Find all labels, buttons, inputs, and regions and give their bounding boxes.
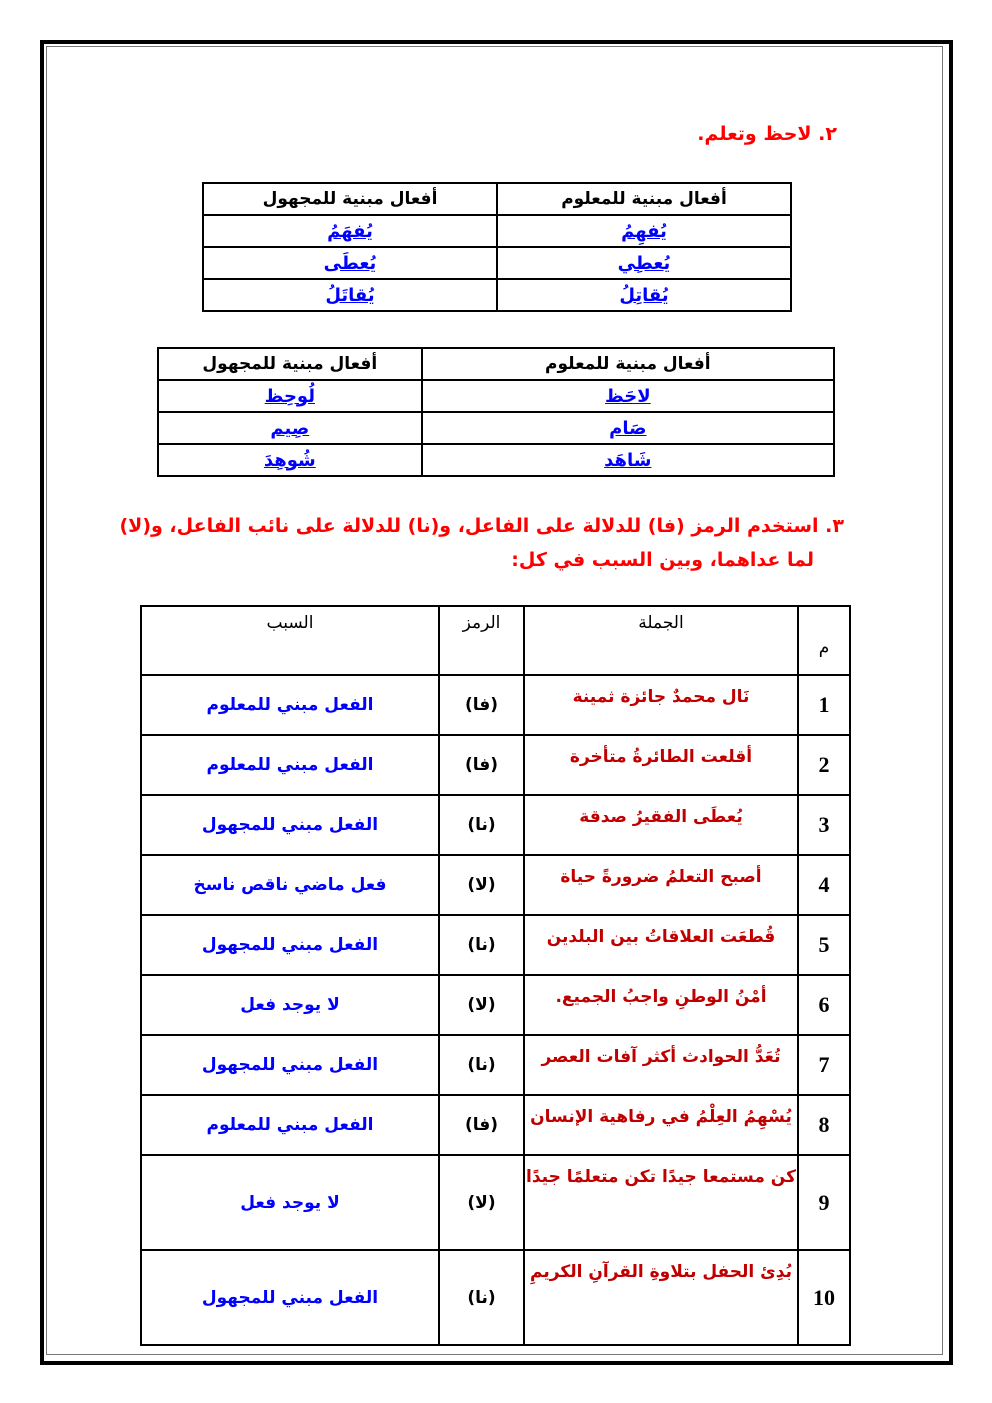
table-header-row: م الجملة الرمز السبب [141, 606, 850, 675]
table-row: 4 أصبح التعلمُ ضرورةً حياة (لا) فعل ماضي… [141, 855, 850, 915]
row-num: 5 [798, 915, 850, 975]
passive-verb: لُوحِظ [158, 380, 422, 412]
passive-verb: يُقاتَلُ [203, 279, 497, 311]
row-symbol: (لا) [439, 1155, 524, 1250]
table-row: يُعطِي يُعطَى [203, 247, 791, 279]
passive-verb: صِيم [158, 412, 422, 444]
header-active: أفعال مبنية للمعلوم [422, 348, 834, 380]
row-reason: الفعل مبني للمعلوم [141, 1095, 439, 1155]
header-active: أفعال مبنية للمعلوم [497, 183, 791, 215]
row-sentence: تُعَدُّ الحوادث أكثر آفات العصر [524, 1035, 798, 1095]
row-num: 4 [798, 855, 850, 915]
row-num: 8 [798, 1095, 850, 1155]
row-symbol: (فا) [439, 735, 524, 795]
section2-heading: ٢. لاحظ وتعلم. [697, 123, 837, 145]
header-sentence: الجملة [524, 606, 798, 675]
table-row: 10 بُدِئ الحفل بتلاوةِ القرآنِ الكريمِ (… [141, 1250, 850, 1345]
row-reason: الفعل مبني للمجهول [141, 795, 439, 855]
header-passive: أفعال مبنية للمجهول [158, 348, 422, 380]
row-reason: الفعل مبني للمجهول [141, 915, 439, 975]
row-sentence: بُدِئ الحفل بتلاوةِ القرآنِ الكريمِ [524, 1250, 798, 1345]
row-symbol: (نا) [439, 1035, 524, 1095]
row-num: 1 [798, 675, 850, 735]
active-verb: يُعطِي [497, 247, 791, 279]
table-row: لاحَظ لُوحِظ [158, 380, 834, 412]
passive-verb: يُعطَى [203, 247, 497, 279]
row-sentence: أمْنُ الوطنِ واجبُ الجميع. [524, 975, 798, 1035]
table-header-row: أفعال مبنية للمعلوم أفعال مبنية للمجهول [203, 183, 791, 215]
row-symbol: (نا) [439, 1250, 524, 1345]
section3-heading-line1: ٣. استخدم الرمز (فا) للدلالة على الفاعل،… [119, 515, 844, 537]
exercise-table: م الجملة الرمز السبب 1 نَال محمدٌ جائزة … [140, 605, 851, 1346]
active-verb: يُقاتِلُ [497, 279, 791, 311]
table-row: شَاهَد شُوهِدَ [158, 444, 834, 476]
active-verb: شَاهَد [422, 444, 834, 476]
row-reason: لا يوجد فعل [141, 1155, 439, 1250]
row-num: 3 [798, 795, 850, 855]
row-num: 6 [798, 975, 850, 1035]
header-passive: أفعال مبنية للمجهول [203, 183, 497, 215]
row-reason: فعل ماضي ناقص ناسخ [141, 855, 439, 915]
table-row: 1 نَال محمدٌ جائزة ثمينة (فا) الفعل مبني… [141, 675, 850, 735]
table-row: يُفهِمُ يُفهَمُ [203, 215, 791, 247]
voice-table-2: أفعال مبنية للمعلوم أفعال مبنية للمجهول … [157, 347, 835, 477]
table-row: 9 كن مستمعا جيدًا تكن متعلمًا جيدًا (لا)… [141, 1155, 850, 1250]
row-sentence: كن مستمعا جيدًا تكن متعلمًا جيدًا [524, 1155, 798, 1250]
row-symbol: (نا) [439, 795, 524, 855]
active-verb: لاحَظ [422, 380, 834, 412]
row-num: 7 [798, 1035, 850, 1095]
row-symbol: (لا) [439, 975, 524, 1035]
row-sentence: أقلعت الطائرةُ متأخرة [524, 735, 798, 795]
table-row: 5 قُطعَت العلاقاتُ بين البلدين (نا) الفع… [141, 915, 850, 975]
table-row: صَام صِيم [158, 412, 834, 444]
row-reason: الفعل مبني للمعلوم [141, 735, 439, 795]
row-sentence: قُطعَت العلاقاتُ بين البلدين [524, 915, 798, 975]
row-reason: الفعل مبني للمعلوم [141, 675, 439, 735]
row-num: 10 [798, 1250, 850, 1345]
row-reason: الفعل مبني للمجهول [141, 1250, 439, 1345]
section3-heading-line2: لما عداهما، وبين السبب في كل: [511, 549, 814, 571]
active-verb: يُفهِمُ [497, 215, 791, 247]
passive-verb: يُفهَمُ [203, 215, 497, 247]
table-row: 7 تُعَدُّ الحوادث أكثر آفات العصر (نا) ا… [141, 1035, 850, 1095]
row-num: 2 [798, 735, 850, 795]
row-symbol: (فا) [439, 675, 524, 735]
row-num: 9 [798, 1155, 850, 1250]
row-reason: لا يوجد فعل [141, 975, 439, 1035]
header-reason: السبب [141, 606, 439, 675]
header-symbol: الرمز [439, 606, 524, 675]
table-row: 2 أقلعت الطائرةُ متأخرة (فا) الفعل مبني … [141, 735, 850, 795]
active-verb: صَام [422, 412, 834, 444]
row-reason: الفعل مبني للمجهول [141, 1035, 439, 1095]
passive-verb: شُوهِدَ [158, 444, 422, 476]
table-row: 3 يُعطَى الفقيرُ صدقة (نا) الفعل مبني لل… [141, 795, 850, 855]
table-row: 6 أمْنُ الوطنِ واجبُ الجميع. (لا) لا يوج… [141, 975, 850, 1035]
header-num: م [798, 606, 850, 675]
table-header-row: أفعال مبنية للمعلوم أفعال مبنية للمجهول [158, 348, 834, 380]
row-sentence: نَال محمدٌ جائزة ثمينة [524, 675, 798, 735]
table-row: يُقاتِلُ يُقاتَلُ [203, 279, 791, 311]
row-symbol: (لا) [439, 855, 524, 915]
row-sentence: يُسْهِمُ العِلْمُ في رفاهية الإنسان [524, 1095, 798, 1155]
row-sentence: أصبح التعلمُ ضرورةً حياة [524, 855, 798, 915]
row-symbol: (فا) [439, 1095, 524, 1155]
table-row: 8 يُسْهِمُ العِلْمُ في رفاهية الإنسان (ف… [141, 1095, 850, 1155]
row-symbol: (نا) [439, 915, 524, 975]
row-sentence: يُعطَى الفقيرُ صدقة [524, 795, 798, 855]
voice-table-1: أفعال مبنية للمعلوم أفعال مبنية للمجهول … [202, 182, 792, 312]
